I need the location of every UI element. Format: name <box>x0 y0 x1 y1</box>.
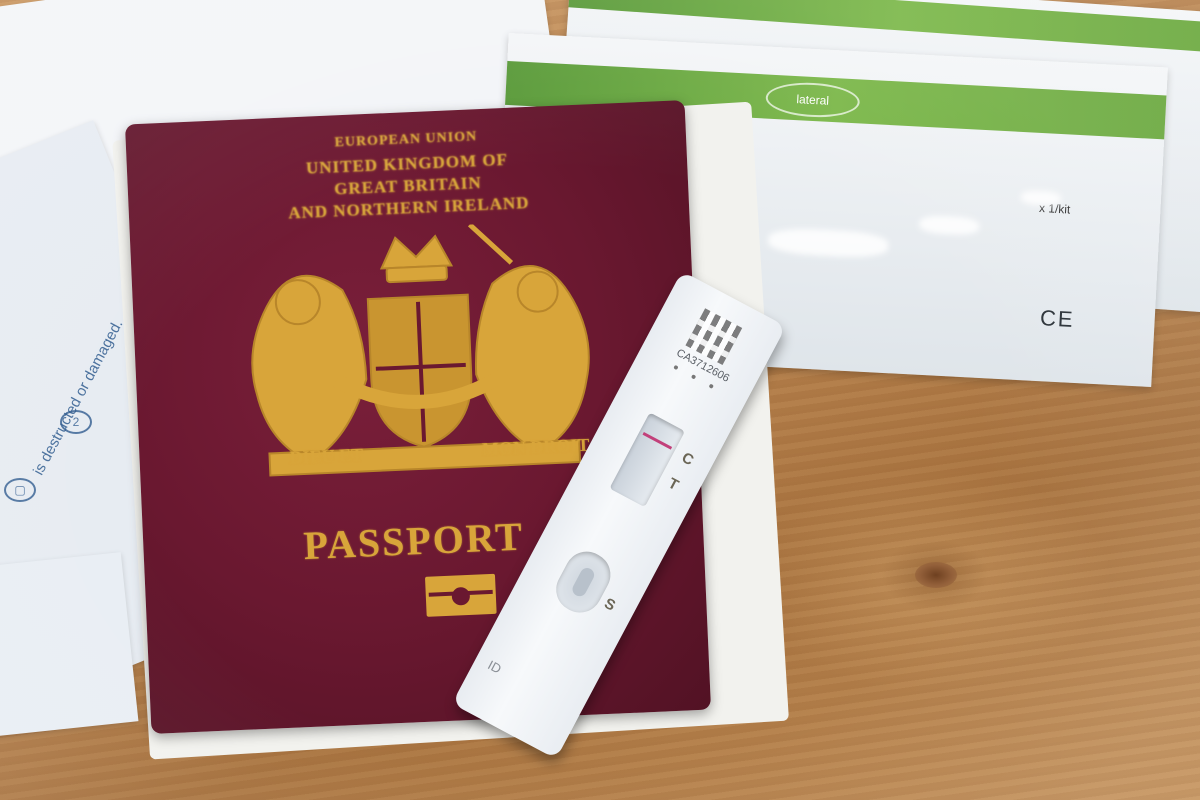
pouch-glare <box>1021 190 1062 206</box>
ce-mark: CE <box>1039 305 1075 333</box>
control-line <box>642 432 672 450</box>
control-label: C <box>679 449 697 469</box>
passport-title: PASSPORT <box>302 513 524 570</box>
instruction-leaflet <box>0 552 138 738</box>
biometric-chip-icon <box>425 574 497 617</box>
do-not-reuse-icon: 2 <box>60 410 92 434</box>
pouch-logo: lateral <box>765 81 861 120</box>
cassette-bottom-code: ID <box>485 657 504 676</box>
sample-label: S <box>601 595 618 615</box>
wood-knot <box>915 562 957 588</box>
pouch-glare <box>768 227 889 259</box>
test-label: T <box>665 475 681 494</box>
pouch-glare <box>919 215 980 236</box>
package-icon: ▢ <box>4 478 36 502</box>
photo-scene: is destructed or damaged. 2 ▢ lateral x … <box>0 0 1200 800</box>
